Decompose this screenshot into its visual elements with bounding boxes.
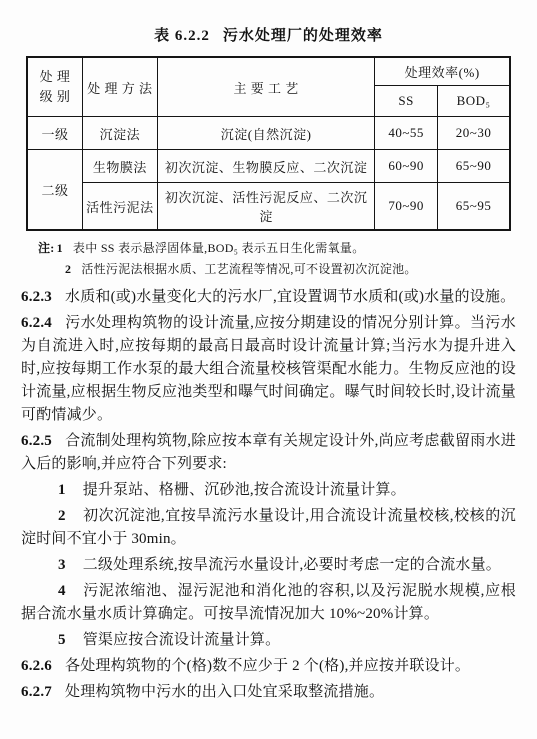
clause-number: 6.2.6 xyxy=(21,658,52,674)
cell-level: 二级 xyxy=(27,150,83,231)
clause-6-2-4: 6.2.4污水处理构筑物的设计流量,应按分期建设的情况分别计算。当污水为自流进入… xyxy=(21,312,516,427)
clause-6-2-5: 6.2.5合流制处理构筑物,除应按本章有关规定设计外,尚应考虑截留雨水进入后的影… xyxy=(21,430,516,476)
note-1: 注: 1 表中 SS 表示悬浮固体量,BOD₅ 表示五日生化需氧量。 xyxy=(38,238,516,259)
item-text: 污泥浓缩池、湿污泥池和消化池的容积,以及污泥脱水规模,应根据合流水量水质计算确定… xyxy=(21,583,516,622)
col-header-ss: SS xyxy=(375,86,438,117)
cell-process: 初次沉淀、活性污泥反应、二次沉淀 xyxy=(157,183,374,231)
clause-text: 污水处理构筑物的设计流量,应按分期建设的情况分别计算。当污水为自流进入时,应按每… xyxy=(21,315,516,423)
table-row-level2-activated-sludge: 活性污泥法 初次沉淀、活性污泥反应、二次沉淀 70~90 65~95 xyxy=(27,183,510,231)
clause-number: 6.2.3 xyxy=(21,289,52,305)
clause-text: 合流制处理构筑物,除应按本章有关规定设计外,尚应考虑截留雨水进入后的影响,并应符… xyxy=(21,433,516,472)
clause-6-2-5-item-5: 5管渠应按合流设计流量计算。 xyxy=(21,629,516,652)
item-text: 初次沉淀池,宜按旱流污水量设计,用合流设计流量校核,校核的沉淀时间不宜小于 30… xyxy=(21,508,516,547)
cell-process: 初次沉淀、生物膜反应、二次沉淀 xyxy=(157,150,374,183)
cell-ss: 40~55 xyxy=(375,117,438,150)
cell-bod: 65~95 xyxy=(438,183,510,231)
cell-method: 活性污泥法 xyxy=(83,183,158,231)
document-page: 表 6.2.2污水处理厂的处理效率 处 理 级 别 处 理 方 法 主 要 工 … xyxy=(0,0,537,739)
clause-6-2-5-item-3: 3二级处理系统,按旱流污水量设计,必要时考虑一定的合流水量。 xyxy=(21,554,516,577)
cell-ss: 60~90 xyxy=(375,150,438,183)
col-header-level-line1: 处 理 xyxy=(40,69,71,84)
clause-6-2-5-item-2: 2初次沉淀池,宜按旱流污水量设计,用合流设计流量校核,校核的沉淀时间不宜小于 3… xyxy=(21,505,516,551)
clause-text: 水质和(或)水量变化大的污水厂,宜设置调节水质和(或)水量的设施。 xyxy=(65,289,515,305)
cell-method: 生物膜法 xyxy=(83,150,158,183)
item-text: 提升泵站、格栅、沉砂池,按合流设计流量计算。 xyxy=(83,482,406,498)
cell-process: 沉淀(自然沉淀) xyxy=(157,117,374,150)
note-number: 1 xyxy=(57,238,63,259)
clause-list: 6.2.3水质和(或)水量变化大的污水厂,宜设置调节水质和(或)水量的设施。 6… xyxy=(21,286,516,704)
col-header-level: 处 理 级 别 xyxy=(27,57,83,117)
col-header-level-line2: 级 别 xyxy=(40,89,71,104)
clause-number: 6.2.7 xyxy=(21,684,52,700)
table-row-level1: 一级 沉淀法 沉淀(自然沉淀) 40~55 20~30 xyxy=(27,117,510,150)
note-2: 2 活性污泥法根据水质、工艺流程等情况,可不设置初次沉淀池。 xyxy=(38,259,516,280)
col-header-bod5: BOD₅ xyxy=(438,86,510,117)
cell-method: 沉淀法 xyxy=(83,117,158,150)
cell-bod: 65~90 xyxy=(438,150,510,183)
note-text: 表中 SS 表示悬浮固体量,BOD₅ 表示五日生化需氧量。 xyxy=(73,238,516,259)
cell-ss: 70~90 xyxy=(375,183,438,231)
item-text: 二级处理系统,按旱流污水量设计,必要时考虑一定的合流水量。 xyxy=(83,557,501,573)
table-notes: 注: 1 表中 SS 表示悬浮固体量,BOD₅ 表示五日生化需氧量。 2 活性污… xyxy=(38,238,516,280)
item-text: 管渠应按合流设计流量计算。 xyxy=(83,632,281,648)
table-number: 表 6.2.2 xyxy=(154,28,210,44)
note-label: 注: xyxy=(38,238,55,259)
clause-6-2-5-item-1: 1提升泵站、格栅、沉砂池,按合流设计流量计算。 xyxy=(21,479,516,502)
table-caption: 表 6.2.2污水处理厂的处理效率 xyxy=(21,24,516,45)
clause-6-2-7: 6.2.7处理构筑物中污水的出入口处宜采取整流措施。 xyxy=(21,681,516,704)
cell-level: 一级 xyxy=(27,117,83,150)
clause-6-2-5-item-4: 4污泥浓缩池、湿污泥池和消化池的容积,以及污泥脱水规模,应根据合流水量水质计算确… xyxy=(21,580,516,626)
table-title: 污水处理厂的处理效率 xyxy=(223,28,383,44)
clause-text: 处理构筑物中污水的出入口处宜采取整流措施。 xyxy=(65,684,384,700)
clause-text: 各处理构筑物的个(格)数不应少于 2 个(格),并应按并联设计。 xyxy=(65,658,470,674)
clause-number: 6.2.4 xyxy=(21,315,52,331)
table-row-level2-biofilm: 二级 生物膜法 初次沉淀、生物膜反应、二次沉淀 60~90 65~90 xyxy=(27,150,510,183)
item-number: 4 xyxy=(58,583,66,599)
item-number: 2 xyxy=(58,508,66,524)
clause-6-2-3: 6.2.3水质和(或)水量变化大的污水厂,宜设置调节水质和(或)水量的设施。 xyxy=(21,286,516,309)
note-text: 活性污泥法根据水质、工艺流程等情况,可不设置初次沉淀池。 xyxy=(81,259,516,280)
cell-bod: 20~30 xyxy=(438,117,510,150)
item-number: 1 xyxy=(58,482,66,498)
col-header-method: 处 理 方 法 xyxy=(83,57,158,117)
note-number: 2 xyxy=(65,259,71,280)
clause-number: 6.2.5 xyxy=(21,433,52,449)
col-header-efficiency: 处理效率(%) xyxy=(375,57,510,86)
item-number: 5 xyxy=(58,632,66,648)
table-header-row: 处 理 级 别 处 理 方 法 主 要 工 艺 处理效率(%) xyxy=(27,57,510,86)
col-header-process: 主 要 工 艺 xyxy=(157,57,374,117)
treatment-efficiency-table: 处 理 级 别 处 理 方 法 主 要 工 艺 处理效率(%) SS BOD₅ … xyxy=(26,56,511,231)
item-number: 3 xyxy=(58,557,66,573)
clause-6-2-6: 6.2.6各处理构筑物的个(格)数不应少于 2 个(格),并应按并联设计。 xyxy=(21,655,516,678)
